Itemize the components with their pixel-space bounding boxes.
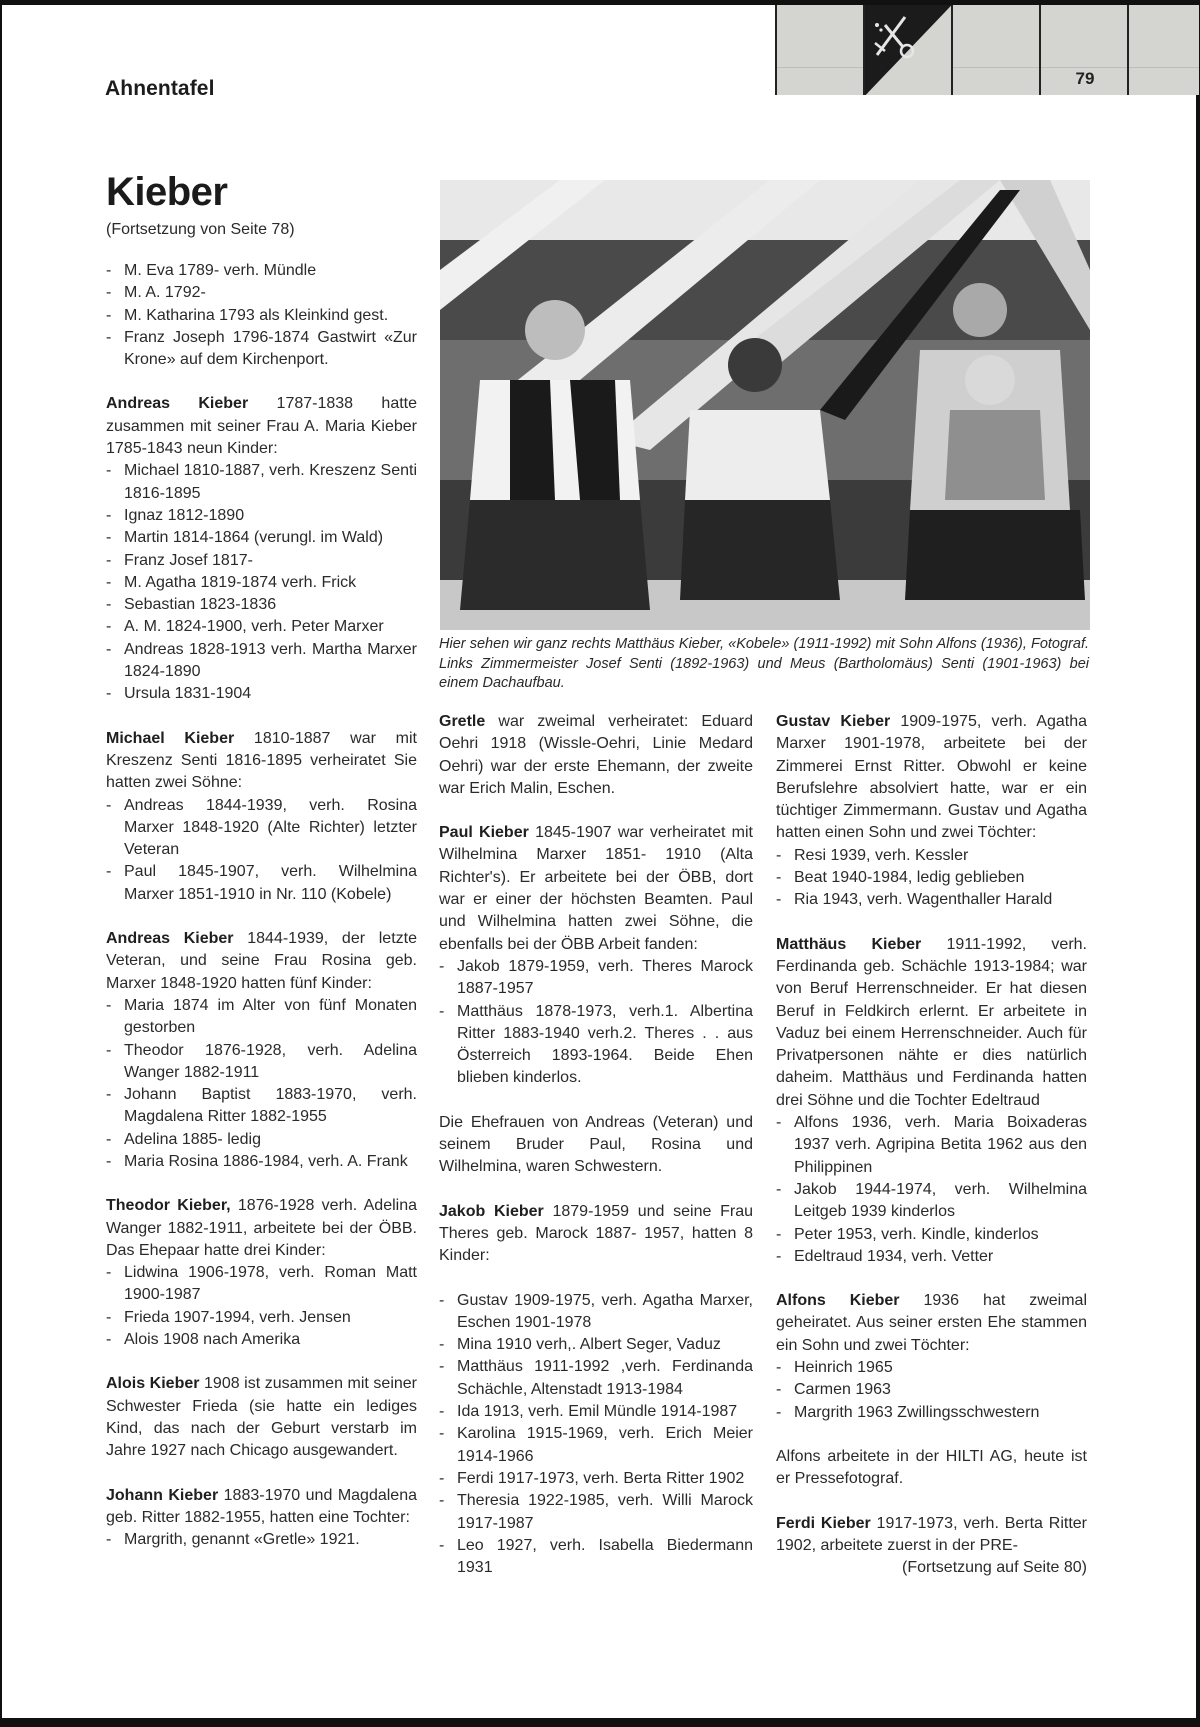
list-item: Ignaz 1812-1890	[106, 505, 417, 527]
tab-cell-page-number: 79	[1041, 5, 1129, 95]
section-paragraph: Gustav Kieber 1909-1975, verh. Agatha Ma…	[776, 711, 1087, 845]
section-paragraph: Andreas Kieber 1844-1939, der letzte Vet…	[106, 928, 417, 995]
person-name: Johann Kieber	[106, 1487, 218, 1504]
person-name: Gretle	[439, 713, 485, 730]
children-list: Andreas 1844-1939, verh. Rosina Marxer 1…	[106, 795, 417, 906]
section-paragraph: Paul Kieber 1845-1907 war verheiratet mi…	[439, 822, 753, 956]
section-paragraph: Theodor Kieber, 1876-1928 verh. Adelina …	[106, 1195, 417, 1262]
person-name: Alois Kieber	[106, 1375, 199, 1392]
list-item: Andreas 1828-1913 verh. Martha Marxer 18…	[106, 639, 417, 684]
list-item: Resi 1939, verh. Kessler	[776, 845, 1087, 867]
list-item: Martin 1814-1864 (verungl. im Wald)	[106, 527, 417, 549]
section-ehefrauen: Die Ehefrauen von Andreas (Veteran) und …	[439, 1112, 753, 1179]
list-item: Johann Baptist 1883-1970, verh. Magdalen…	[106, 1084, 417, 1129]
list-item: Carmen 1963	[776, 1379, 1087, 1401]
list-item: Karolina 1915-1969, verh. Erich Meier 19…	[439, 1423, 753, 1468]
list-item: Margrith 1963 Zwillingsschwestern	[776, 1402, 1087, 1424]
tab-cell	[1129, 5, 1200, 95]
list-item: Mina 1910 verh,. Albert Seger, Vaduz	[439, 1334, 753, 1356]
list-item: Matthäus 1878-1973, verh.1. Albertina Ri…	[439, 1001, 753, 1090]
list-item: Ursula 1831-1904	[106, 683, 417, 705]
list-item: Matthäus 1911-1992 ,verh. Ferdinanda Sch…	[439, 1356, 753, 1401]
section-andreas-1844: Andreas Kieber 1844-1939, der letzte Vet…	[106, 928, 417, 1173]
section-matthaeus: Matthäus Kieber 1911-1992, verh. Ferdina…	[776, 934, 1087, 1268]
person-name: Gustav Kieber	[776, 713, 890, 730]
list-item: Paul 1845-1907, verh. Wilhelmina Marxer …	[106, 861, 417, 906]
section-paul: Paul Kieber 1845-1907 war verheiratet mi…	[439, 822, 753, 1090]
section-paragraph: Alois Kieber 1908 ist zusammen mit seine…	[106, 1373, 417, 1462]
list-item: Maria Rosina 1886-1984, verh. A. Frank	[106, 1151, 417, 1173]
tab-cell	[777, 5, 865, 95]
section-michael: Michael Kieber 1810-1887 war mit Kreszen…	[106, 728, 417, 906]
continuation-note: (Fortsetzung auf Seite 80)	[776, 1557, 1087, 1579]
children-list: Resi 1939, verh. Kessler Beat 1940-1984,…	[776, 845, 1087, 912]
list-item: Alfons 1936, verh. Maria Boixaderas 1937…	[776, 1112, 1087, 1179]
list-item: Theodor 1876-1928, verh. Adelina Wanger …	[106, 1040, 417, 1085]
children-list: Jakob 1879-1959, verh. Theres Marock 188…	[439, 956, 753, 1090]
list-item: Heinrich 1965	[776, 1357, 1087, 1379]
person-name: Jakob Kieber	[439, 1203, 544, 1220]
section-jakob: Jakob Kieber 1879-1959 und seine Frau Th…	[439, 1201, 753, 1580]
list-item: Andreas 1844-1939, verh. Rosina Marxer 1…	[106, 795, 417, 862]
children-list: Heinrich 1965 Carmen 1963 Margrith 1963 …	[776, 1357, 1087, 1424]
historical-photo	[440, 180, 1090, 630]
section-alfons-work: Alfons arbeitete in der HILTI AG, heute …	[776, 1446, 1087, 1491]
section-paragraph: Alfons Kieber 1936 hat zweimal geheirate…	[776, 1290, 1087, 1357]
section-paragraph: Alfons arbeitete in der HILTI AG, heute …	[776, 1446, 1087, 1491]
column-right: Gustav Kieber 1909-1975, verh. Agatha Ma…	[776, 711, 1087, 1579]
person-name: Ferdi Kieber	[776, 1515, 871, 1532]
section-gretle: Gretle war zweimal verheiratet: Eduard O…	[439, 711, 753, 800]
list-item: Ria 1943, verh. Wagenthaller Harald	[776, 889, 1087, 911]
section-ferdi: Ferdi Kieber 1917-1973, verh. Berta Ritt…	[776, 1513, 1087, 1580]
article-title: Kieber	[106, 168, 417, 216]
children-list: Gustav 1909-1975, verh. Agatha Marxer, E…	[439, 1290, 753, 1580]
list-item: Peter 1953, verh. Kindle, kinderlos	[776, 1224, 1087, 1246]
column-left: Kieber (Fortsetzung von Seite 78) M. Eva…	[106, 168, 417, 1551]
list-item: Jakob 1944-1974, verh. Wilhelmina Leitge…	[776, 1179, 1087, 1224]
person-name: Alfons Kieber	[776, 1292, 900, 1309]
intro-list: M. Eva 1789- verh. Mündle M. A. 1792- M.…	[106, 260, 417, 371]
children-list: Lidwina 1906-1978, verh. Roman Matt 1900…	[106, 1262, 417, 1351]
list-item: Leo 1927, verh. Isabella Biedermann 1931	[439, 1535, 753, 1580]
person-name: Michael Kieber	[106, 730, 234, 747]
list-item: Edeltraud 1934, verh. Vetter	[776, 1246, 1087, 1268]
section-paragraph: Andreas Kieber 1787-1838 hatte zusammen …	[106, 393, 417, 460]
list-item: Alois 1908 nach Amerika	[106, 1329, 417, 1351]
person-name: Theodor Kieber,	[106, 1197, 231, 1214]
list-item: M. Agatha 1819-1874 verh. Frick	[106, 572, 417, 594]
person-name: Paul Kieber	[439, 824, 529, 841]
page-number: 79	[1041, 69, 1129, 89]
person-name: Matthäus Kieber	[776, 936, 921, 953]
photo-caption: Hier sehen wir ganz rechts Matthäus Kieb…	[439, 635, 1089, 694]
list-item: Margrith, genannt «Gretle» 1921.	[106, 1529, 417, 1551]
section-paragraph: Ferdi Kieber 1917-1973, verh. Berta Ritt…	[776, 1513, 1087, 1558]
section-alois: Alois Kieber 1908 ist zusammen mit seine…	[106, 1373, 417, 1462]
list-item: Gustav 1909-1975, verh. Agatha Marxer, E…	[439, 1290, 753, 1335]
children-list: Michael 1810-1887, verh. Kreszenz Senti …	[106, 460, 417, 705]
section-paragraph: Johann Kieber 1883-1970 und Magdalena ge…	[106, 1485, 417, 1530]
list-item: Franz Josef 1817-	[106, 550, 417, 572]
children-list: Margrith, genannt «Gretle» 1921.	[106, 1529, 417, 1551]
list-item: Lidwina 1906-1978, verh. Roman Matt 1900…	[106, 1262, 417, 1307]
column-middle: Gretle war zweimal verheiratet: Eduard O…	[439, 711, 753, 1579]
section-paragraph: Matthäus Kieber 1911-1992, verh. Ferdina…	[776, 934, 1087, 1112]
list-item: M. Katharina 1793 als Kleinkind gest.	[106, 305, 417, 327]
list-item: M. Eva 1789- verh. Mündle	[106, 260, 417, 282]
list-item: Frieda 1907-1994, verh. Jensen	[106, 1307, 417, 1329]
section-andreas-1787: Andreas Kieber 1787-1838 hatte zusammen …	[106, 393, 417, 705]
children-list: Maria 1874 im Alter von fünf Monaten ges…	[106, 995, 417, 1173]
person-name: Andreas Kieber	[106, 930, 234, 947]
list-item: Theresia 1922-1985, verh. Willi Marock 1…	[439, 1490, 753, 1535]
photo-roof-framing-image	[440, 180, 1090, 630]
document-page: Ahnentafel 79 Kieber (Fortsetzun	[2, 5, 1196, 1718]
children-list: Alfons 1936, verh. Maria Boixaderas 1937…	[776, 1112, 1087, 1268]
running-head: Ahnentafel	[105, 77, 215, 101]
section-paragraph: Die Ehefrauen von Andreas (Veteran) und …	[439, 1112, 753, 1179]
list-item: Ida 1913, verh. Emil Mündle 1914-1987	[439, 1401, 753, 1423]
list-item: Jakob 1879-1959, verh. Theres Marock 188…	[439, 956, 753, 1001]
chapter-tab-strip: 79	[775, 5, 1199, 95]
section-theodor: Theodor Kieber, 1876-1928 verh. Adelina …	[106, 1195, 417, 1351]
list-item: Maria 1874 im Alter von fünf Monaten ges…	[106, 995, 417, 1040]
section-alfons: Alfons Kieber 1936 hat zweimal geheirate…	[776, 1290, 1087, 1424]
list-item: Adelina 1885- ledig	[106, 1129, 417, 1151]
section-paragraph: Jakob Kieber 1879-1959 und seine Frau Th…	[439, 1201, 753, 1268]
tab-cell	[953, 5, 1041, 95]
list-item: Beat 1940-1984, ledig geblieben	[776, 867, 1087, 889]
section-paragraph: Gretle war zweimal verheiratet: Eduard O…	[439, 711, 753, 800]
list-item: Ferdi 1917-1973, verh. Berta Ritter 1902	[439, 1468, 753, 1490]
section-gustav: Gustav Kieber 1909-1975, verh. Agatha Ma…	[776, 711, 1087, 912]
section-paragraph: Michael Kieber 1810-1887 war mit Kreszen…	[106, 728, 417, 795]
list-item: Sebastian 1823-1836	[106, 594, 417, 616]
person-name: Andreas Kieber	[106, 395, 248, 412]
list-item: Michael 1810-1887, verh. Kreszenz Senti …	[106, 460, 417, 505]
section-johann: Johann Kieber 1883-1970 und Magdalena ge…	[106, 1485, 417, 1552]
list-item: M. A. 1792-	[106, 282, 417, 304]
list-item: A. M. 1824-1900, verh. Peter Marxer	[106, 616, 417, 638]
list-item: Franz Joseph 1796-1874 Gastwirt «Zur Kro…	[106, 327, 417, 372]
tab-cell	[865, 5, 953, 95]
article-subtitle: (Fortsetzung von Seite 78)	[106, 218, 417, 242]
